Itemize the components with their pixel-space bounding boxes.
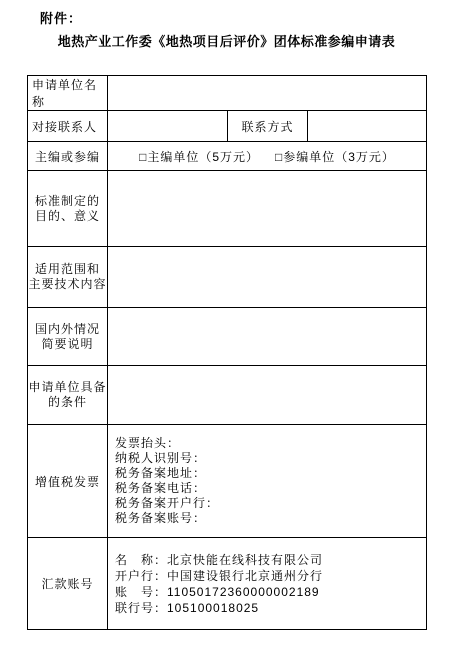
document-page: 附件： 地热产业工作委《地热项目后评价》团体标准参编申请表 申请单位名称 对接联… <box>0 0 453 646</box>
tax-account-line: 税务备案账号： <box>115 511 426 526</box>
label-line: 主要技术内容 <box>28 277 107 292</box>
bank-code-line: 联行号：105100018025 <box>115 600 426 616</box>
table-row: 对接联系人 联系方式 <box>28 111 427 142</box>
table-row: 国内外情况 简要说明 <box>28 308 427 366</box>
label-line: 的条件 <box>28 395 107 410</box>
purpose-input[interactable] <box>108 171 427 247</box>
table-row: 申请单位具备 的条件 <box>28 366 427 425</box>
contact-person-input[interactable] <box>108 111 228 142</box>
table-row: 增值税发票 发票抬头： 纳税人识别号： 税务备案地址： 税务备案电话： 税务备案… <box>28 425 427 538</box>
qualifications-input[interactable] <box>108 366 427 425</box>
participating-editor-option[interactable]: □参编单位（3万元） <box>275 148 395 165</box>
scope-input[interactable] <box>108 247 427 308</box>
vat-invoice-label: 增值税发票 <box>28 425 108 538</box>
label-line: 国内外情况 <box>28 322 107 337</box>
applicant-name-input[interactable] <box>108 76 427 111</box>
editor-role-label: 主编或参编 <box>28 142 108 171</box>
attachment-label: 附件： <box>40 8 82 27</box>
vat-invoice-fields[interactable]: 发票抬头： 纳税人识别号： 税务备案地址： 税务备案电话： 税务备案开户行： 税… <box>108 425 427 538</box>
contact-method-label: 联系方式 <box>228 111 308 142</box>
label-line: 标准制定的 <box>28 194 107 209</box>
label-line: 目的、意义 <box>28 209 107 224</box>
remittance-details: 名 称：北京快能在线科技有限公司 开户行：中国建设银行北京通州分行 账 号：11… <box>108 538 427 630</box>
table-row: 汇款账号 名 称：北京快能在线科技有限公司 开户行：中国建设银行北京通州分行 账… <box>28 538 427 630</box>
chief-editor-option[interactable]: □主编单位（5万元） <box>139 148 259 165</box>
bank-branch-line: 开户行：中国建设银行北京通州分行 <box>115 568 426 584</box>
contact-method-input[interactable] <box>308 111 427 142</box>
table-row: 适用范围和 主要技术内容 <box>28 247 427 308</box>
table-row: 申请单位名称 <box>28 76 427 111</box>
invoice-title-line: 发票抬头： <box>115 436 426 451</box>
domestic-overview-input[interactable] <box>108 308 427 366</box>
applicant-name-label: 申请单位名称 <box>28 76 108 111</box>
label-line: 简要说明 <box>28 337 107 352</box>
label-line: 申请单位具备 <box>28 380 107 395</box>
table-row: 标准制定的 目的、意义 <box>28 171 427 247</box>
option-label: 参编单位（3万元） <box>283 150 395 164</box>
domestic-overview-label: 国内外情况 简要说明 <box>28 308 108 366</box>
contact-person-label: 对接联系人 <box>28 111 108 142</box>
qualifications-label: 申请单位具备 的条件 <box>28 366 108 425</box>
option-label: 主编单位（5万元） <box>147 150 259 164</box>
label-line: 适用范围和 <box>28 262 107 277</box>
account-number-line: 账 号：11050172360000002189 <box>115 584 426 600</box>
page-title: 地热产业工作委《地热项目后评价》团体标准参编申请表 <box>0 31 453 50</box>
tax-phone-line: 税务备案电话： <box>115 481 426 496</box>
taxpayer-id-line: 纳税人识别号： <box>115 451 426 466</box>
application-form-table: 申请单位名称 对接联系人 联系方式 主编或参编 □主编单位（5万元）□参编单位（… <box>27 75 427 630</box>
remittance-label: 汇款账号 <box>28 538 108 630</box>
scope-label: 适用范围和 主要技术内容 <box>28 247 108 308</box>
payee-name-line: 名 称：北京快能在线科技有限公司 <box>115 552 426 568</box>
purpose-label: 标准制定的 目的、意义 <box>28 171 108 247</box>
table-row: 主编或参编 □主编单位（5万元）□参编单位（3万元） <box>28 142 427 171</box>
checkbox-icon[interactable]: □ <box>275 150 283 164</box>
tax-address-line: 税务备案地址： <box>115 466 426 481</box>
tax-bank-line: 税务备案开户行： <box>115 496 426 511</box>
editor-role-options: □主编单位（5万元）□参编单位（3万元） <box>108 142 427 171</box>
